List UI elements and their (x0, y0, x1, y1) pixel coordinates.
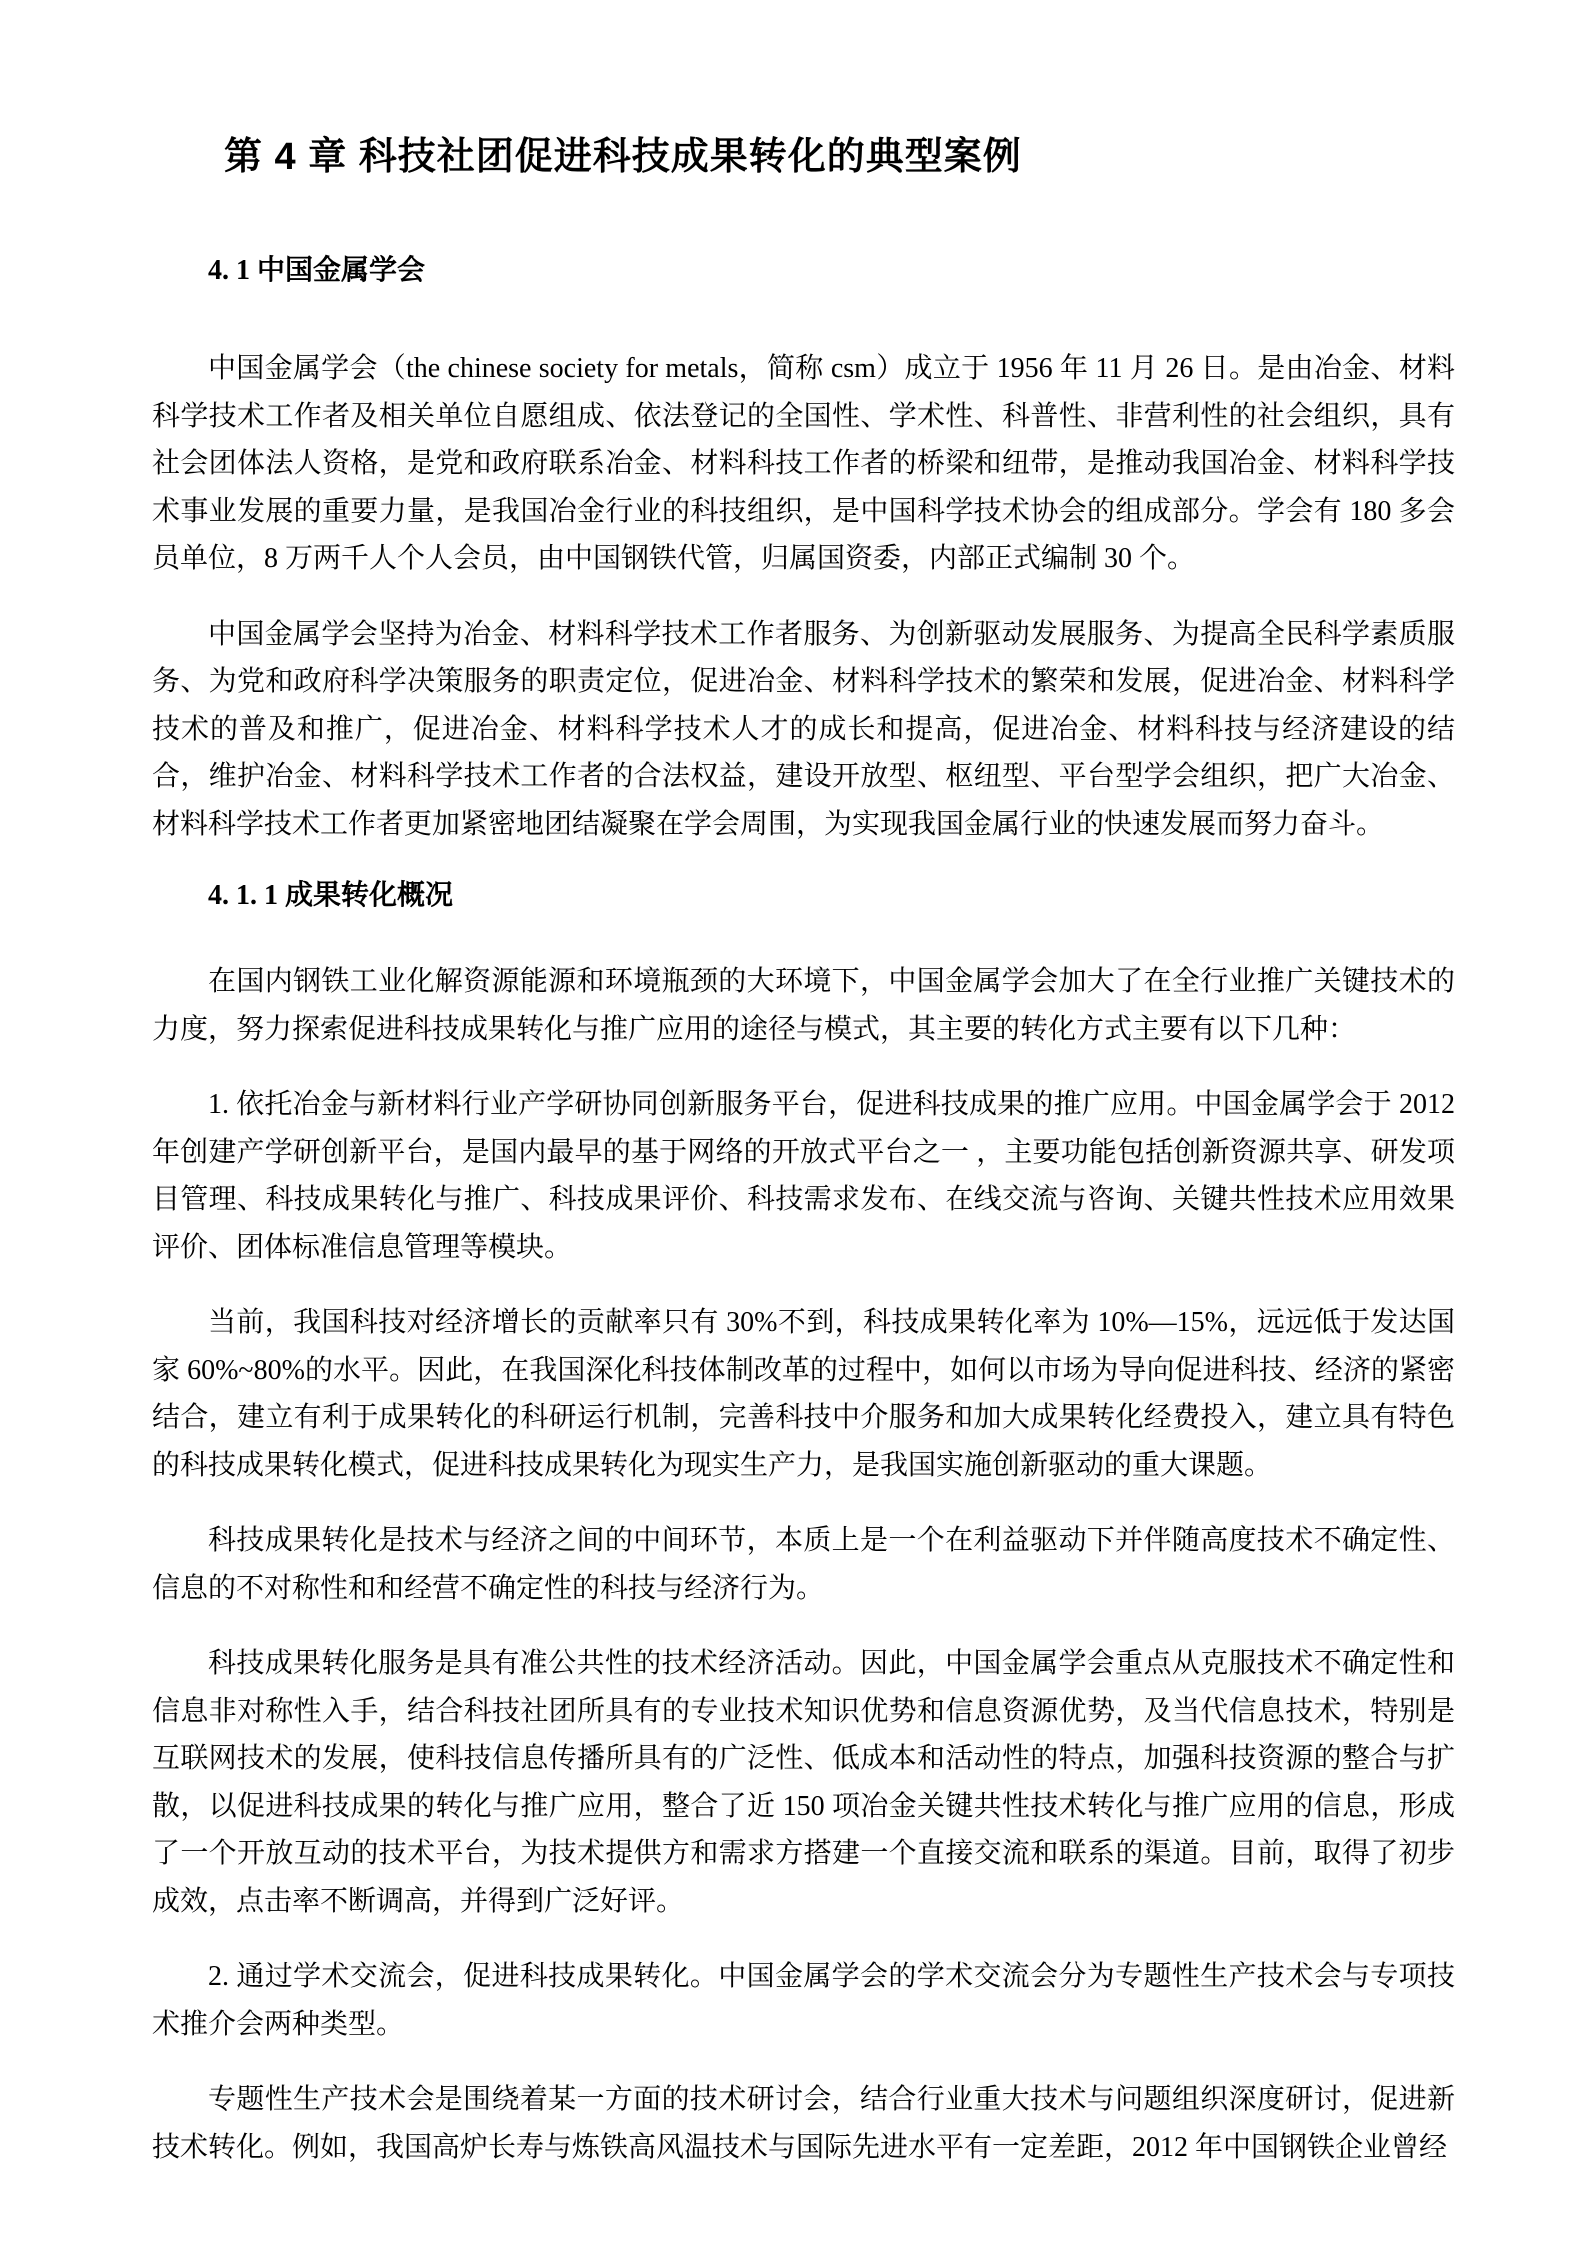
section-heading-4-1-1: 4. 1. 1 成果转化概况 (152, 878, 1455, 914)
document-page: 第 4 章 科技社团促进科技成果转化的典型案例 4. 1 中国金属学会 中国金属… (0, 0, 1587, 2245)
paragraph-conversion-rate: 当前，我国科技对经济增长的贡献率只有 30%不到，科技成果转化率为 10%—15… (152, 1299, 1455, 1489)
paragraph-special-topic: 专题性生产技术会是围绕着某一方面的技术研讨会，结合行业重大技术与问题组织深度研讨… (152, 2076, 1455, 2171)
paragraph-overview: 在国内钢铁工业化解资源能源和环境瓶颈的大环境下，中国金属学会加大了在全行业推广关… (152, 958, 1455, 1053)
paragraph-definition: 科技成果转化是技术与经济之间的中间环节，本质上是一个在利益驱动下并伴随高度技术不… (152, 1517, 1455, 1612)
chapter-title: 第 4 章 科技社团促进科技成果转化的典型案例 (224, 136, 1455, 178)
paragraph-academic-exchange: 2. 通过学术交流会，促进科技成果转化。中国金属学会的学术交流会分为专题性生产技… (152, 1953, 1455, 2048)
section-heading-4-1: 4. 1 中国金属学会 (152, 253, 1455, 289)
paragraph-service: 科技成果转化服务是具有准公共性的技术经济活动。因此，中国金属学会重点从克服技术不… (152, 1640, 1455, 1925)
paragraph-society-intro: 中国金属学会（the chinese society for metals，简称… (152, 345, 1455, 583)
paragraph-society-mission: 中国金属学会坚持为冶金、材料科学技术工作者服务、为创新驱动发展服务、为提高全民科… (152, 611, 1455, 849)
paragraph-platform: 1. 依托冶金与新材料行业产学研协同创新服务平台，促进科技成果的推广应用。中国金… (152, 1081, 1455, 1271)
